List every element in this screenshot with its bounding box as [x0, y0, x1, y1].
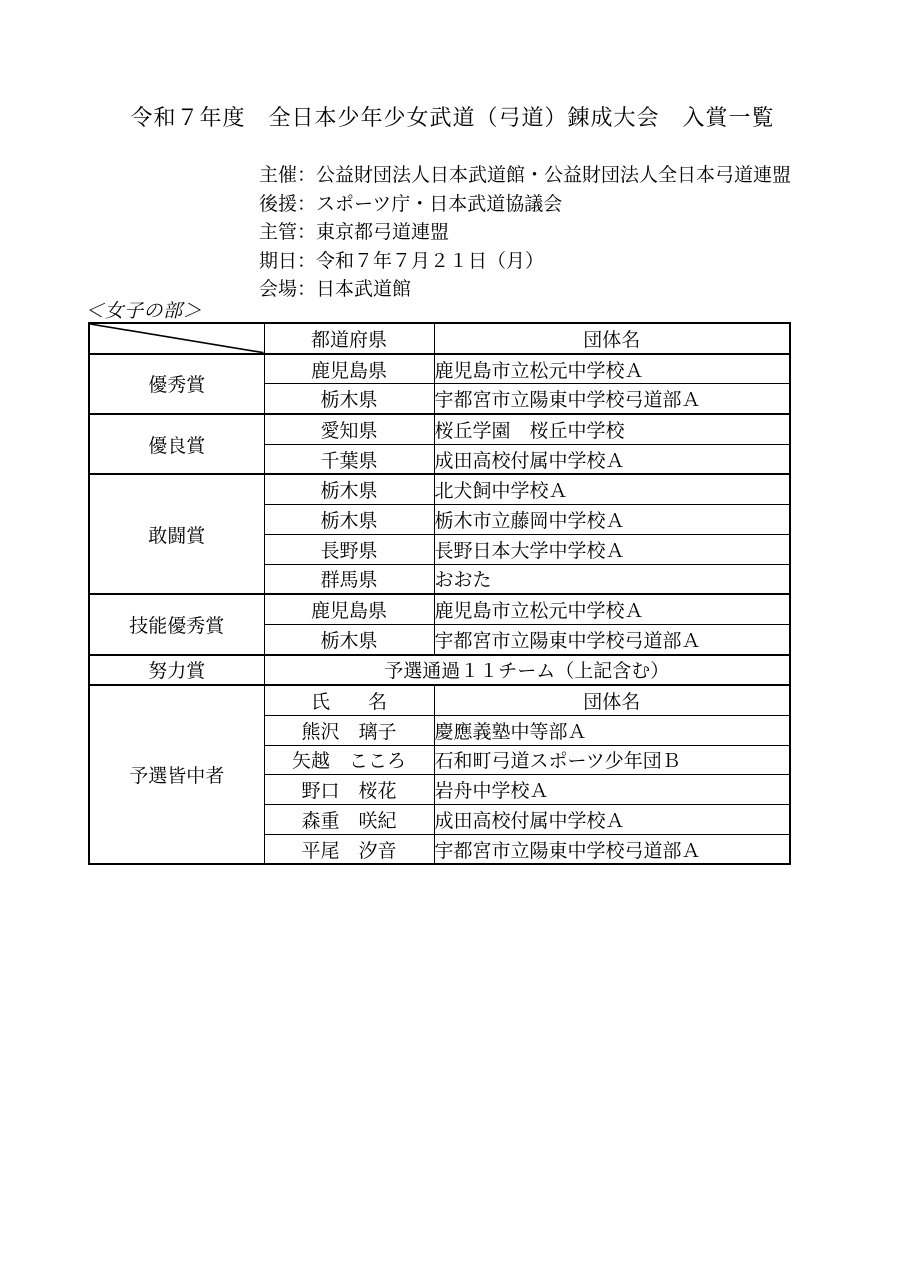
team-cell: 宇都宮市立陽東中学校弓道部Ａ — [434, 834, 790, 864]
table-row: 敢闘賞 栃木県 北犬飼中学校Ａ — [89, 474, 790, 504]
person-name-cell: 熊沢 璃子 — [264, 715, 434, 745]
effort-award-note-cell: 予選通過１１チーム（上記含む） — [264, 655, 790, 686]
person-name-cell: 平尾 汐音 — [264, 834, 434, 864]
award-cell-perfect-hitters: 予選皆中者 — [89, 685, 264, 864]
document-page: 令和７年度 全日本少年少女武道（弓道）錬成大会 入賞一覧 主催：公益財団法人日本… — [0, 0, 905, 1280]
info-line-management: 主管：東京都弓道連盟 — [259, 219, 791, 248]
prefecture-cell: 鹿児島県 — [264, 354, 434, 384]
event-info-block: 主催：公益財団法人日本武道館・公益財団法人全日本弓道連盟 後援：スポーツ庁・日本… — [259, 162, 791, 305]
diagonal-line-icon — [90, 324, 264, 353]
info-line-support: 後援：スポーツ庁・日本武道協議会 — [259, 191, 791, 220]
section-label-womens-division: ＜女子の部＞ — [85, 296, 202, 323]
prefecture-cell: 鹿児島県 — [264, 594, 434, 624]
diagonal-header-cell — [89, 323, 264, 354]
table-row: 技能優秀賞 鹿児島県 鹿児島市立松元中学校Ａ — [89, 594, 790, 624]
team-cell: 北犬飼中学校Ａ — [434, 474, 790, 504]
subheader-person-name: 氏 名 — [264, 685, 434, 715]
award-cell-fighting-spirit: 敢闘賞 — [89, 474, 264, 594]
team-cell: 鹿児島市立松元中学校Ａ — [434, 354, 790, 384]
prefecture-cell: 栃木県 — [264, 384, 434, 414]
team-cell: 岩舟中学校Ａ — [434, 775, 790, 805]
team-cell: 栃木市立藤岡中学校Ａ — [434, 505, 790, 535]
team-cell: 石和町弓道スポーツ少年団Ｂ — [434, 745, 790, 775]
prefecture-cell: 長野県 — [264, 534, 434, 564]
person-name-cell: 森重 咲紀 — [264, 805, 434, 835]
team-cell: 桜丘学園 桜丘中学校 — [434, 414, 790, 444]
table-row: 優秀賞 鹿児島県 鹿児島市立松元中学校Ａ — [89, 354, 790, 384]
prefecture-cell: 栃木県 — [264, 474, 434, 504]
team-cell: 成田高校付属中学校Ａ — [434, 444, 790, 474]
document-title: 令和７年度 全日本少年少女武道（弓道）錬成大会 入賞一覧 — [0, 101, 905, 132]
team-cell: おおた — [434, 564, 790, 594]
info-line-date: 期日：令和７年７月２１日（月） — [259, 248, 791, 277]
prefecture-cell: 栃木県 — [264, 505, 434, 535]
award-cell-effort: 努力賞 — [89, 655, 264, 686]
table-row: 努力賞 予選通過１１チーム（上記含む） — [89, 655, 790, 686]
header-team: 団体名 — [434, 323, 790, 354]
prefecture-cell: 千葉県 — [264, 444, 434, 474]
header-prefecture: 都道府県 — [264, 323, 434, 354]
award-cell-merit: 優良賞 — [89, 414, 264, 474]
team-cell: 慶應義塾中等部Ａ — [434, 715, 790, 745]
table-row: 優良賞 愛知県 桜丘学園 桜丘中学校 — [89, 414, 790, 444]
prefecture-cell: 群馬県 — [264, 564, 434, 594]
subheader-team: 団体名 — [434, 685, 790, 715]
person-name-cell: 矢越 こころ — [264, 745, 434, 775]
prefecture-cell: 栃木県 — [264, 624, 434, 654]
team-cell: 宇都宮市立陽東中学校弓道部Ａ — [434, 624, 790, 654]
prefecture-cell: 愛知県 — [264, 414, 434, 444]
team-cell: 成田高校付属中学校Ａ — [434, 805, 790, 835]
team-cell: 長野日本大学中学校Ａ — [434, 534, 790, 564]
info-line-organizer: 主催：公益財団法人日本武道館・公益財団法人全日本弓道連盟 — [259, 162, 791, 191]
table-row: 予選皆中者 氏 名 団体名 — [89, 685, 790, 715]
results-table: 都道府県 団体名 優秀賞 鹿児島県 鹿児島市立松元中学校Ａ 栃木県 宇都宮市立陽… — [88, 322, 791, 865]
info-line-venue: 会場：日本武道館 — [259, 276, 791, 305]
team-cell: 鹿児島市立松元中学校Ａ — [434, 594, 790, 624]
team-cell: 宇都宮市立陽東中学校弓道部Ａ — [434, 384, 790, 414]
award-cell-skill-excellence: 技能優秀賞 — [89, 594, 264, 654]
person-name-cell: 野口 桜花 — [264, 775, 434, 805]
table-header-row: 都道府県 団体名 — [89, 323, 790, 354]
award-cell-excellence: 優秀賞 — [89, 354, 264, 414]
